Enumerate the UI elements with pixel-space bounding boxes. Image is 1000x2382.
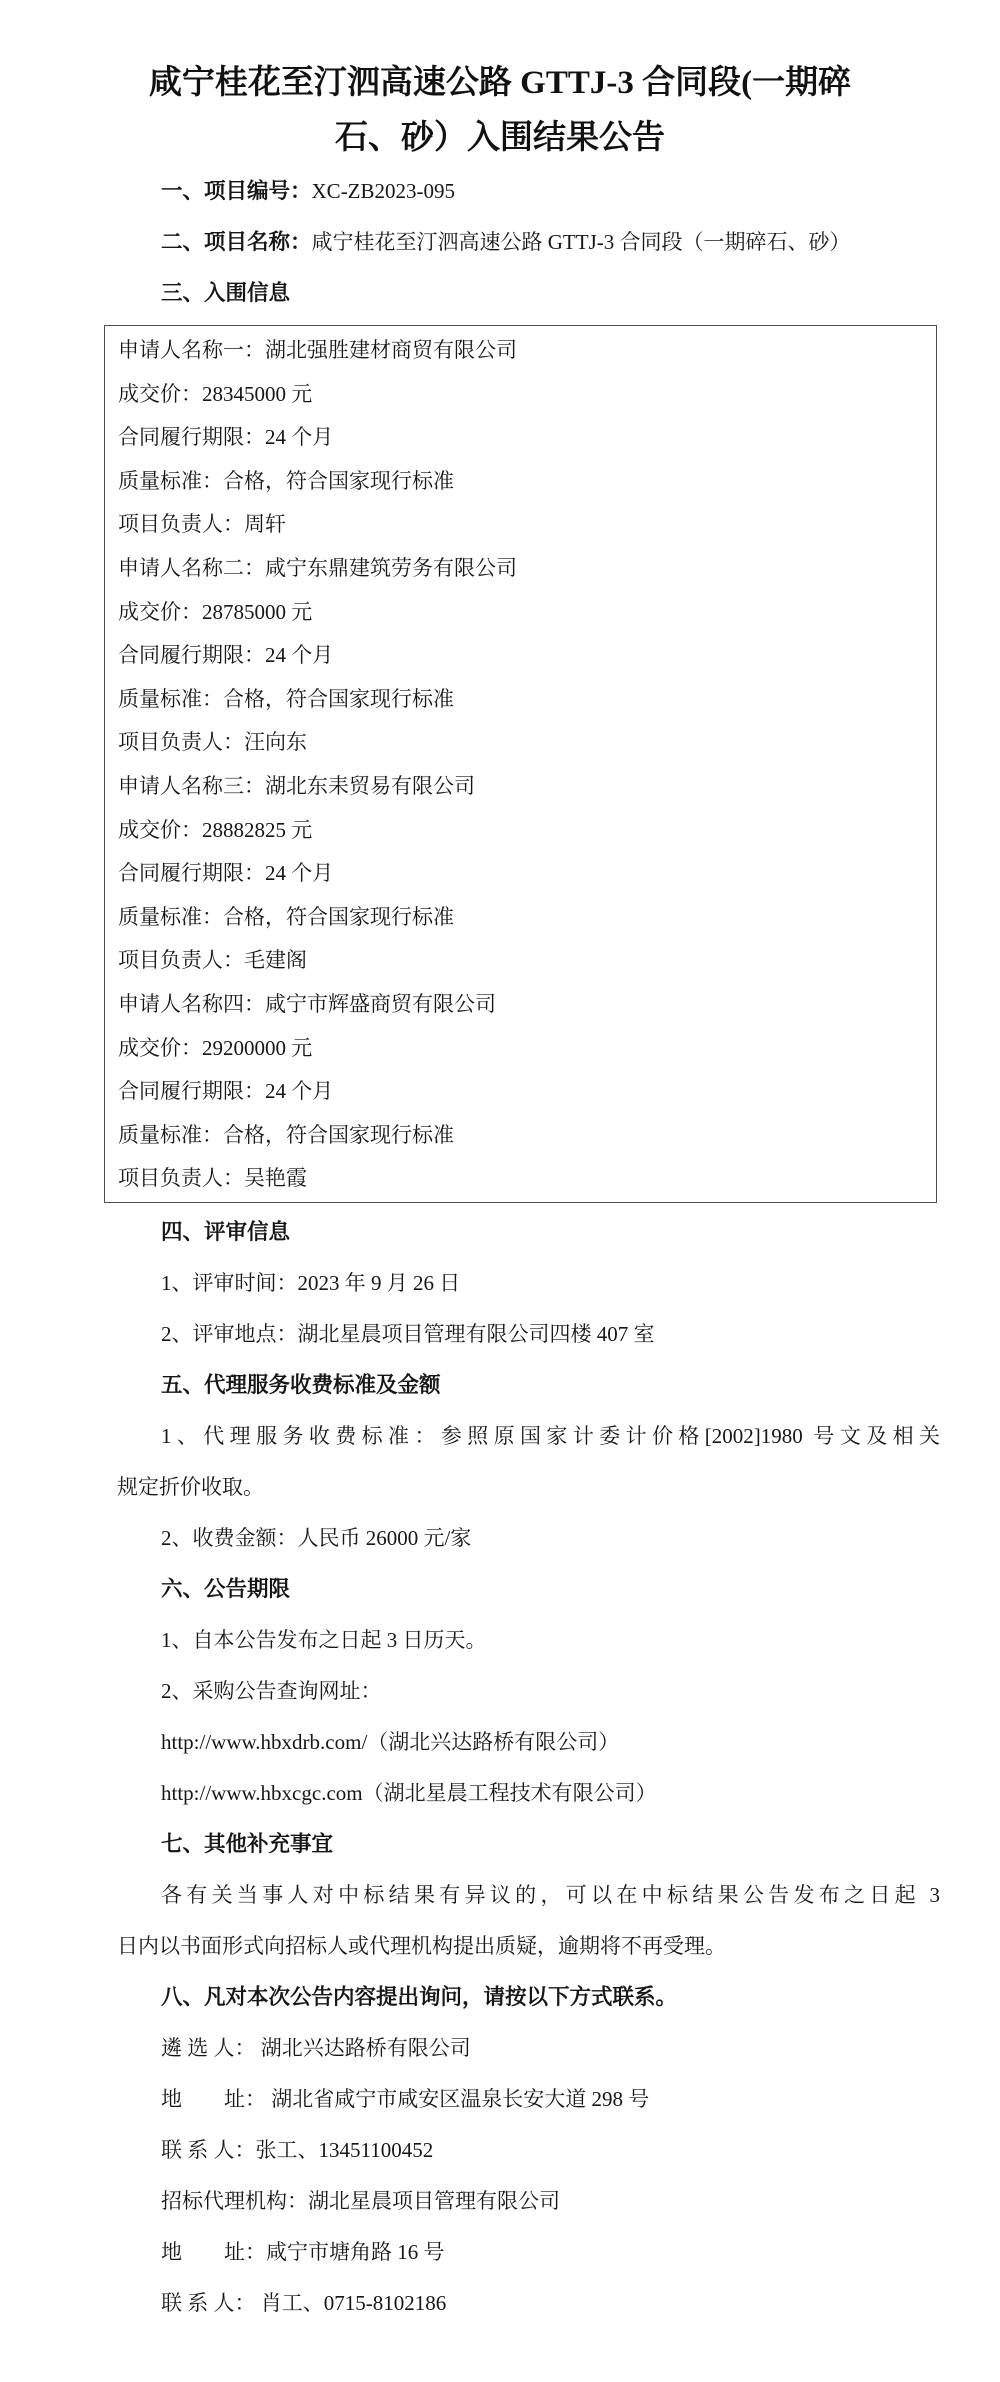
shortlist-box: 申请人名称一：湖北强胜建材商贸有限公司 成交价：28345000 元 合同履行期… (104, 325, 937, 1203)
agency-fee-amount-line: 2、收费金额：人民币 26000 元/家 (117, 1513, 940, 1564)
section-heading-review: 四、评审信息 (117, 1207, 940, 1258)
applicant-2-price-line: 成交价：28785000 元 (118, 591, 926, 635)
notice-query-line: 2、采购公告查询网址： (117, 1666, 940, 1717)
contact-person-line-2: 联 系 人： 肖工、0715-8102186 (117, 2278, 940, 2329)
section-heading-supplement: 七、其他补充事宜 (117, 1819, 940, 1870)
applicant-2-quality-line: 质量标准：合格，符合国家现行标准 (118, 678, 926, 722)
applicant-1-term-line: 合同履行期限：24 个月 (118, 416, 926, 460)
applicant-3-quality-line: 质量标准：合格，符合国家现行标准 (118, 896, 926, 940)
contact-person-line-1: 联 系 人：张工、13451100452 (117, 2125, 940, 2176)
supplement-para-line-1: 各有关当事人对中标结果有异议的，可以在中标结果公告发布之日起 3 (117, 1870, 940, 1921)
section-heading-contact: 八、凡对本次公告内容提出询问，请按以下方式联系。 (117, 1972, 940, 2023)
applicant-3-name-line: 申请人名称三：湖北东耒贸易有限公司 (118, 765, 926, 809)
applicant-4-term-line: 合同履行期限：24 个月 (118, 1070, 926, 1114)
applicant-4-manager-line: 项目负责人：吴艳霞 (118, 1157, 926, 1201)
review-time-line: 1、评审时间：2023 年 9 月 26 日 (117, 1258, 940, 1309)
project-name-label: 二、项目名称： (161, 230, 312, 254)
applicant-2-name-line: 申请人名称二：咸宁东鼎建筑劳务有限公司 (118, 547, 926, 591)
contact-agency-line: 招标代理机构：湖北星晨项目管理有限公司 (117, 2176, 940, 2227)
supplement-para-line-2: 日内以书面形式向招标人或代理机构提出质疑，逾期将不再受理。 (117, 1921, 940, 1972)
contact-address-line-1: 地 址： 湖北省咸宁市咸安区温泉长安大道 298 号 (117, 2074, 940, 2125)
section-heading-notice-period: 六、公告期限 (117, 1564, 940, 1615)
applicant-1-quality-line: 质量标准：合格，符合国家现行标准 (118, 460, 926, 504)
agency-fee-standard-line-2: 规定折价收取。 (117, 1462, 940, 1513)
applicant-3-manager-line: 项目负责人：毛建阁 (118, 939, 926, 983)
project-name-line: 二、项目名称：咸宁桂花至汀泗高速公路 GTTJ-3 合同段（一期碎石、砂） (117, 217, 940, 268)
notice-url-2: http://www.hbxcgc.com（湖北星晨工程技术有限公司） (117, 1768, 940, 1819)
applicant-4-name-line: 申请人名称四：咸宁市辉盛商贸有限公司 (118, 983, 926, 1027)
contact-selector-line: 遴 选 人： 湖北兴达路桥有限公司 (117, 2023, 940, 2074)
notice-url-1: http://www.hbxdrb.com/（湖北兴达路桥有限公司） (117, 1717, 940, 1768)
notice-duration-line: 1、自本公告发布之日起 3 日历天。 (117, 1615, 940, 1666)
section-heading-agency-fee: 五、代理服务收费标准及金额 (117, 1360, 940, 1411)
announcement-document: { "title": { "lines": [ "咸宁桂花至汀泗高速公路 GTT… (0, 0, 1000, 2382)
applicant-4-quality-line: 质量标准：合格，符合国家现行标准 (118, 1114, 926, 1158)
review-place-line: 2、评审地点：湖北星晨项目管理有限公司四楼 407 室 (117, 1309, 940, 1360)
applicant-4-price-line: 成交价：29200000 元 (118, 1027, 926, 1071)
applicant-1-price-line: 成交价：28345000 元 (118, 373, 926, 417)
page: 咸宁桂花至汀泗高速公路 GTTJ-3 合同段(一期碎 石、砂）入围结果公告 一、… (0, 0, 1000, 2329)
project-number-label: 一、项目编号： (161, 179, 312, 203)
project-name-value: 咸宁桂花至汀泗高速公路 GTTJ-3 合同段（一期碎石、砂） (312, 230, 851, 254)
applicant-2-manager-line: 项目负责人：汪向东 (118, 721, 926, 765)
project-number-line: 一、项目编号：XC-ZB2023-095 (117, 166, 940, 217)
page-title-line-2: 石、砂）入围结果公告 (0, 111, 1000, 166)
contact-address-line-2: 地 址：咸宁市塘角路 16 号 (117, 2227, 940, 2278)
applicant-1-name-line: 申请人名称一：湖北强胜建材商贸有限公司 (118, 329, 926, 373)
applicant-1-manager-line: 项目负责人：周轩 (118, 503, 926, 547)
applicant-3-price-line: 成交价：28882825 元 (118, 809, 926, 853)
applicant-3-term-line: 合同履行期限：24 个月 (118, 852, 926, 896)
project-number-value: XC-ZB2023-095 (312, 179, 456, 203)
applicant-2-term-line: 合同履行期限：24 个月 (118, 634, 926, 678)
page-title-line-1: 咸宁桂花至汀泗高速公路 GTTJ-3 合同段(一期碎 (0, 56, 1000, 111)
section-heading-shortlist: 三、入围信息 (117, 268, 940, 319)
agency-fee-standard-line-1: 1、代理服务收费标准：参照原国家计委计价格[2002]1980 号文及相关 (117, 1411, 940, 1462)
